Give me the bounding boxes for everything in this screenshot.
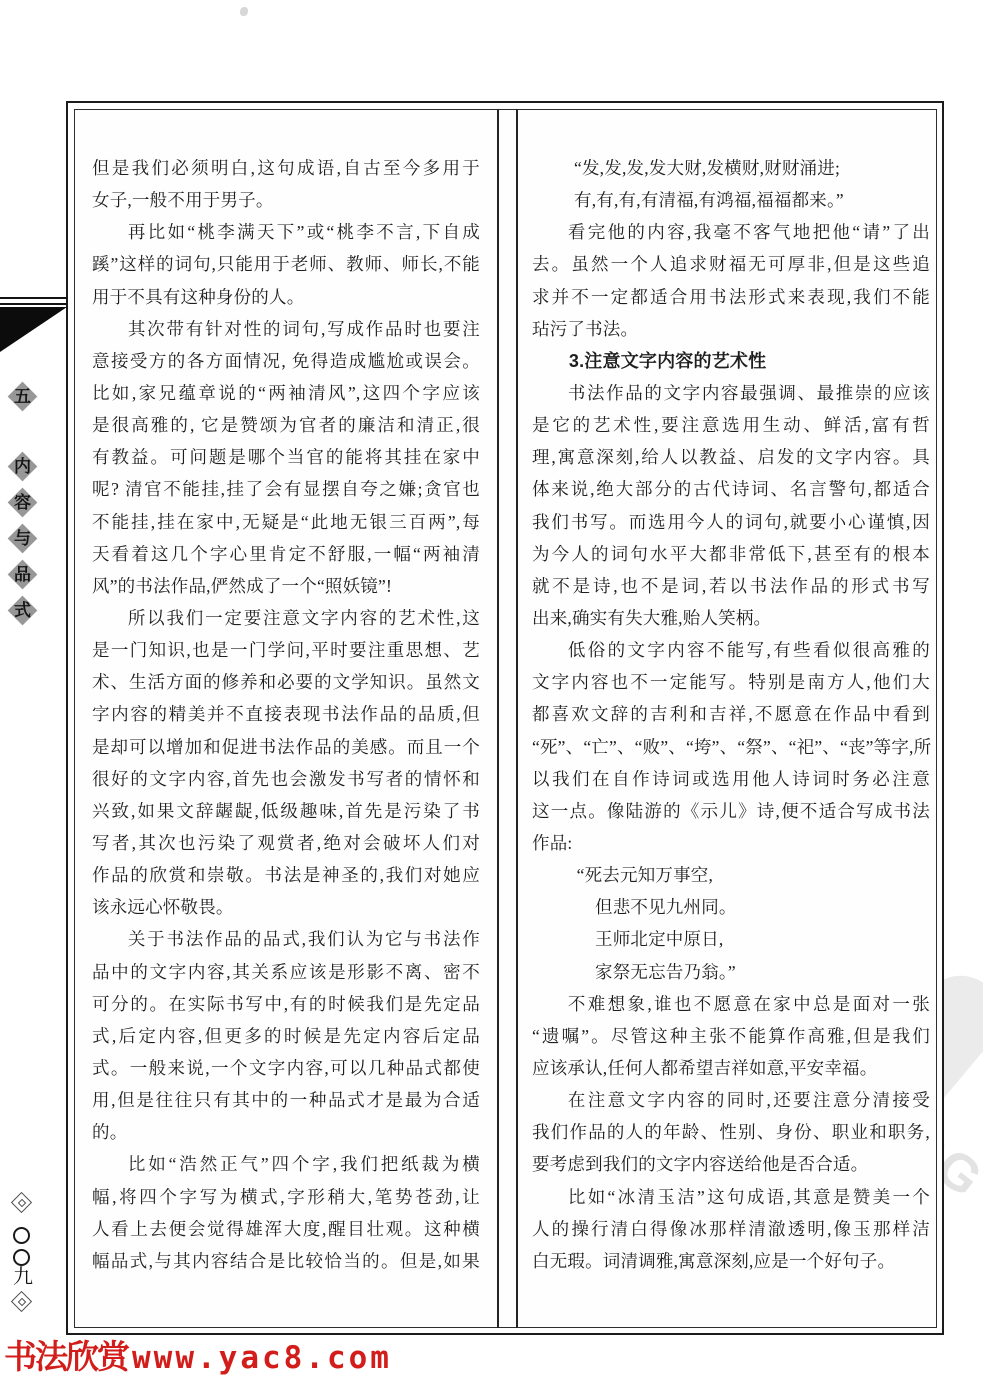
text-line: 看完他的内容,我毫不客气地把他“请”了出 [532, 216, 930, 248]
text-line: 都喜欢文辞的吉利和吉祥,不愿意在作品中看到 [532, 698, 930, 730]
text-line: 所以我们一定要注意文字内容的艺术性,这 [92, 602, 480, 634]
text-line: 玷污了书法。 [532, 313, 930, 345]
page-number-zero-glyph [13, 1249, 30, 1266]
text-line: 去。虽然一个人追求财福无可厚非,但是这些追 [532, 248, 930, 280]
text-line: 该永远心怀敬畏。 [92, 891, 480, 923]
chapter-number-badge: 五 [8, 382, 37, 411]
text-line: 意接受方的各方面情况, 免得造成尴尬或误会。 [92, 345, 480, 377]
chapter-title-badge: 内 [8, 452, 37, 481]
column-divider-line [516, 109, 518, 1328]
text-line: 家祭无忘告乃翁。” [532, 956, 930, 988]
text-line: 书法作品的文字内容最强调、最推崇的应该 [532, 377, 930, 409]
text-line: 我们书写。而选用今人的词句,就要小心谨慎,因 [532, 506, 930, 538]
text-line: 写者,其次也污染了观赏者,绝对会破坏人们对 [92, 827, 480, 859]
text-line: “发,发,发,发大财,发横财,财财涌进; [532, 152, 930, 184]
text-line: 人的操行清白得像冰那样清澈透明,像玉那样洁 [532, 1213, 930, 1245]
text-line: 式,后定内容,但更多的时候是先定内容后定品 [92, 1020, 480, 1052]
text-line: 应该承认,任何人都希望吉祥如意,平安幸福。 [532, 1052, 930, 1084]
text-line: 在注意文字内容的同时,还要注意分清接受 [532, 1084, 930, 1116]
text-line: 就不是诗,也不是词,若以书法作品的形式书写 [532, 570, 930, 602]
text-line: 我们作品的人的年龄、性别、身份、职业和职务, [532, 1116, 930, 1148]
text-line: 但悲不见九州同。 [532, 891, 930, 923]
text-line: 关于书法作品的品式,我们认为它与书法作 [92, 923, 480, 955]
text-line: 求并不一定都适合用书法形式来表现,我们不能 [532, 281, 930, 313]
text-line: 是一门知识,也是一门学问,平时要注重思想、艺 [92, 634, 480, 666]
text-line: 可分的。在实际书写中,有的时候我们是先定品 [92, 988, 480, 1020]
chapter-tab-rule [0, 297, 67, 305]
text-line: 白无瑕。词清调雅,寓意深刻,应是一个好句子。 [532, 1245, 930, 1277]
page-number-zero-glyph [13, 1227, 30, 1244]
chapter-number: 五 [14, 388, 31, 405]
text-line: 以我们在自作诗词或选用他人诗词时务必注意 [532, 763, 930, 795]
column-divider-line [497, 109, 499, 1328]
text-line: 呢? 清官不能挂,挂了会有显摆自夸之嫌;贪官也 [92, 473, 480, 505]
text-line: 比如“浩然正气”四个字,我们把纸裁为横 [92, 1148, 480, 1180]
chapter-title-badge: 与 [8, 524, 37, 553]
text-line: 的。 [92, 1116, 480, 1148]
text-line: 字内容的精美并不直接表现书法作品的品质,但 [92, 698, 480, 730]
text-line: 用于不具有这种身份的人。 [92, 281, 480, 313]
text-line: 比如,家兄蕴章说的“两袖清风”,这四个字应该 [92, 377, 480, 409]
text-line: 但是我们必须明白,这句成语,自古至今多用于 [92, 152, 480, 184]
chapter-title-char: 内 [14, 458, 31, 475]
chapter-title-char: 容 [14, 494, 31, 511]
text-line: 体来说,绝大部分的古代诗词、名言警句,都适合 [532, 473, 930, 505]
text-line: 不能挂,挂在家中,无疑是“此地无银三百两”,每 [92, 506, 480, 538]
text-line: 蹊”这样的词句,只能用于老师、教师、师长,不能 [92, 248, 480, 280]
text-line: 是它的艺术性,要注意选用生动、鲜活,富有哲 [532, 409, 930, 441]
diamond-ornament-icon [12, 1193, 33, 1214]
text-line: 低俗的文字内容不能写,有些看似很高雅的 [532, 634, 930, 666]
text-line: 术、生活方面的修养和必要的文学知识。虽然文 [92, 666, 480, 698]
site-watermark-url: www.yac8.com [132, 1340, 392, 1376]
scanned-book-page: PDG 五 内 容 与 品 式 九 但是我们必须明白,这句成语,自古至今多用于女… [0, 0, 983, 1396]
text-line: 理,寓意深刻,给人以教益、启发的文字内容。具 [532, 441, 930, 473]
chapter-title-char: 式 [14, 602, 31, 619]
site-watermark: 书法欣赏 www.yac8.com [4, 1331, 404, 1378]
text-line: 女子,一般不用于男子。 [92, 184, 480, 216]
text-line: 天看着这几个字心里肯定不舒服,一幅“两袖清 [92, 538, 480, 570]
left-text-column: 但是我们必须明白,这句成语,自古至今多用于女子,一般不用于男子。再比如“桃李满天… [92, 152, 480, 1277]
text-line: 为今人的词句水平大都非常低下,甚至有的根本 [532, 538, 930, 570]
text-line: 用,但是往往只有其中的一种品式才是最为合适 [92, 1084, 480, 1116]
site-watermark-name: 书法欣赏 [4, 1340, 128, 1376]
text-line: 式。一般来说,一个文字内容,可以几种品式都使 [92, 1052, 480, 1084]
chapter-title-badge: 品 [8, 560, 37, 589]
text-line: 再比如“桃李满天下”或“桃李不言,下自成 [92, 216, 480, 248]
text-line: 风”的书法作品,俨然成了一个“照妖镜”! [92, 570, 480, 602]
text-line: 这一点。像陆游的《示儿》诗,便不适合写成书法 [532, 795, 930, 827]
text-line: 是很高雅的, 它是赞颂为官者的廉洁和清正,很 [92, 409, 480, 441]
page-number-char: 九 [11, 1267, 35, 1287]
text-line: 幅品式,与其内容结合是比较恰当的。但是,如果 [92, 1245, 480, 1277]
diamond-ornament-icon [12, 1292, 33, 1313]
section-heading-line: 3.注意文字内容的艺术性 [532, 345, 930, 377]
chapter-title-char: 品 [14, 566, 31, 583]
text-line: “死”、“亡”、“败”、“垮”、“祭”、“祀”、“丧”等字,所 [532, 731, 930, 763]
text-line: 人看上去便会觉得雄浑大度,醒目壮观。这种横 [92, 1213, 480, 1245]
text-line: 作品的欣赏和崇敬。书法是神圣的,我们对她应 [92, 859, 480, 891]
text-line: 幅,将四个字写为横式,字形稍大,笔势苍劲,让 [92, 1181, 480, 1213]
text-line: 要考虑到我们的文字内容送给他是否合适。 [532, 1148, 930, 1180]
text-line: 其次带有针对性的词句,写成作品时也要注 [92, 313, 480, 345]
text-line: 出来,确实有失大雅,贻人笑柄。 [532, 602, 930, 634]
text-line: 文字内容也不一定能写。特别是南方人,他们大 [532, 666, 930, 698]
chapter-title-badge: 容 [8, 488, 37, 517]
text-line: 王师北定中原日, [532, 923, 930, 955]
chapter-title-badge: 式 [8, 596, 37, 625]
text-line: 是却可以增加和促进书法作品的美感。而且一个 [92, 731, 480, 763]
text-line: 比如“冰清玉洁”这句成语,其意是赞美一个 [532, 1181, 930, 1213]
right-text-column: “发,发,发,发大财,发横财,财财涌进;有,有,有,有清福,有鸿福,福福都来。”… [532, 152, 930, 1277]
text-line: 作品: [532, 827, 930, 859]
text-line: 有教益。可问题是哪个当官的能将其挂在家中 [92, 441, 480, 473]
scan-artifact [240, 7, 248, 16]
text-line: 品中的文字内容,其关系应该是形影不离、密不 [92, 956, 480, 988]
text-line: 有,有,有,有清福,有鸿福,福福都来。” [532, 184, 930, 216]
text-line: 兴致,如果文辞龌龊,低级趣味,首先是污染了书 [92, 795, 480, 827]
chapter-title-char: 与 [14, 530, 31, 547]
chapter-tab-triangle-icon [0, 307, 67, 352]
text-line: “遗嘱”。尽管这种主张不能算作高雅,但是我们 [532, 1020, 930, 1052]
text-line: 不难想象,谁也不愿意在家中总是面对一张 [532, 988, 930, 1020]
text-line: 很好的文字内容,首先也会激发书写者的情怀和 [92, 763, 480, 795]
text-line: “死去元知万事空, [532, 859, 930, 891]
